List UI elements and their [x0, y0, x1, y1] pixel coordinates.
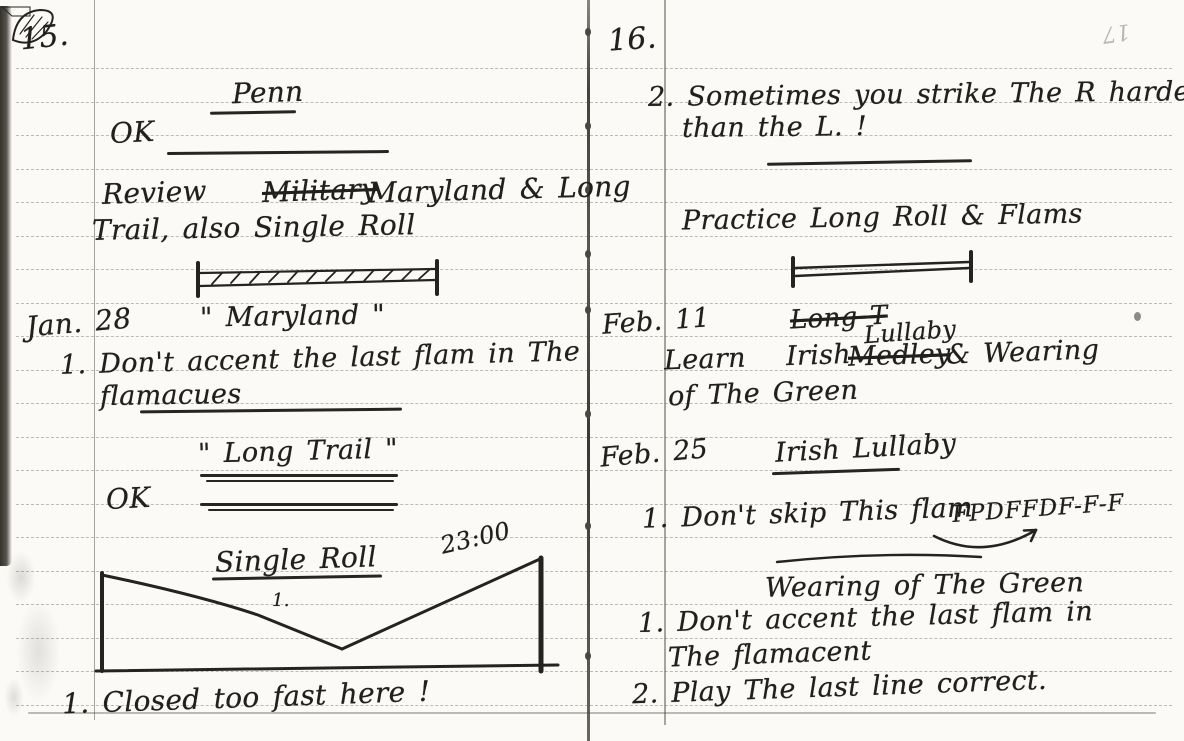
bleed-through-page-number: 17 [1100, 18, 1131, 47]
wearing-note-1b: The flamacent [668, 635, 873, 673]
stitch-mark [585, 250, 591, 258]
page-number-right: 16. [607, 20, 658, 58]
irish-lullaby-underline [772, 468, 900, 475]
ok-underline-2 [200, 503, 398, 506]
learn-irish-word: Irish [785, 339, 851, 372]
maryland-note-word: flamacues [100, 379, 242, 412]
feb-11-date: Feb. 11 [601, 302, 711, 340]
ink-speck [1134, 312, 1141, 321]
review-struck-word: Military [261, 172, 377, 209]
closed-too-fast-note: 1. Closed too fast here ! [62, 675, 431, 721]
review-rest: Maryland & Long [368, 170, 632, 210]
single-roll-hatched-bar-sketch [190, 258, 445, 300]
maryland-title: " Maryland " [200, 299, 385, 333]
wearing-overline [775, 550, 985, 566]
page-number-left: 15. [18, 18, 70, 58]
penn-title: Penn [231, 75, 304, 110]
notebook-scan: 17 15. Penn OK Review Military Maryland … [0, 0, 1184, 741]
skip-flam-note: 1. Don't skip This flam [642, 492, 974, 535]
learn-rest: & Wearing [946, 334, 1100, 370]
ruled-line [16, 135, 1172, 136]
long-trail-underline [200, 474, 398, 477]
practice-line: Practice Long Roll & Flams [682, 199, 1083, 237]
center-binding-seam [587, 0, 590, 741]
penn-underline [210, 110, 296, 114]
stitch-mark [585, 306, 591, 314]
long-roll-bar-sketch [783, 250, 983, 290]
single-roll-dynamics-diagram [88, 553, 568, 678]
ok-underline-1 [167, 150, 389, 154]
feb-25-date: Feb. 25 [599, 433, 709, 473]
wearing-note-1a: 1. Don't accent the last flam in [638, 596, 1094, 639]
maryland-note: 1. Don't accent the last flam in The [60, 336, 581, 381]
diagram-marker: 1. [272, 590, 290, 611]
ok-underline-2b [208, 509, 394, 511]
review-word: Review [101, 174, 207, 211]
stitch-mark [585, 522, 591, 530]
ruled-line [16, 470, 1172, 471]
long-trail-title: " Long Trail " [198, 433, 399, 469]
learn-word: Learn [663, 343, 746, 377]
ruled-line [16, 68, 1172, 69]
learn-line-2: of The Green [668, 375, 859, 413]
ok-note-2: OK [105, 481, 151, 516]
irish-lullaby-title: Irish Lullaby [774, 428, 957, 468]
strike-note-line-1: 2. Sometimes you strike The R harder [648, 76, 1184, 113]
stitch-mark [585, 410, 591, 418]
learn-struck-word: Medley [847, 338, 951, 373]
ruled-line [16, 169, 1172, 170]
long-trail-underline-2 [206, 480, 394, 482]
stitch-mark [585, 652, 591, 660]
strike-note-line-2: than the L. ! [682, 111, 867, 144]
strike-note-rule [767, 159, 972, 166]
ok-note-1: OK [109, 115, 155, 150]
ruled-line [16, 303, 1172, 304]
jan-28-date: Jan. 28 [25, 301, 133, 343]
scan-noise [0, 540, 70, 725]
review-line-2: Trail, also Single Roll [92, 208, 416, 247]
ruled-line [16, 437, 1172, 438]
stitch-mark [585, 28, 591, 36]
stitch-mark [585, 122, 591, 130]
